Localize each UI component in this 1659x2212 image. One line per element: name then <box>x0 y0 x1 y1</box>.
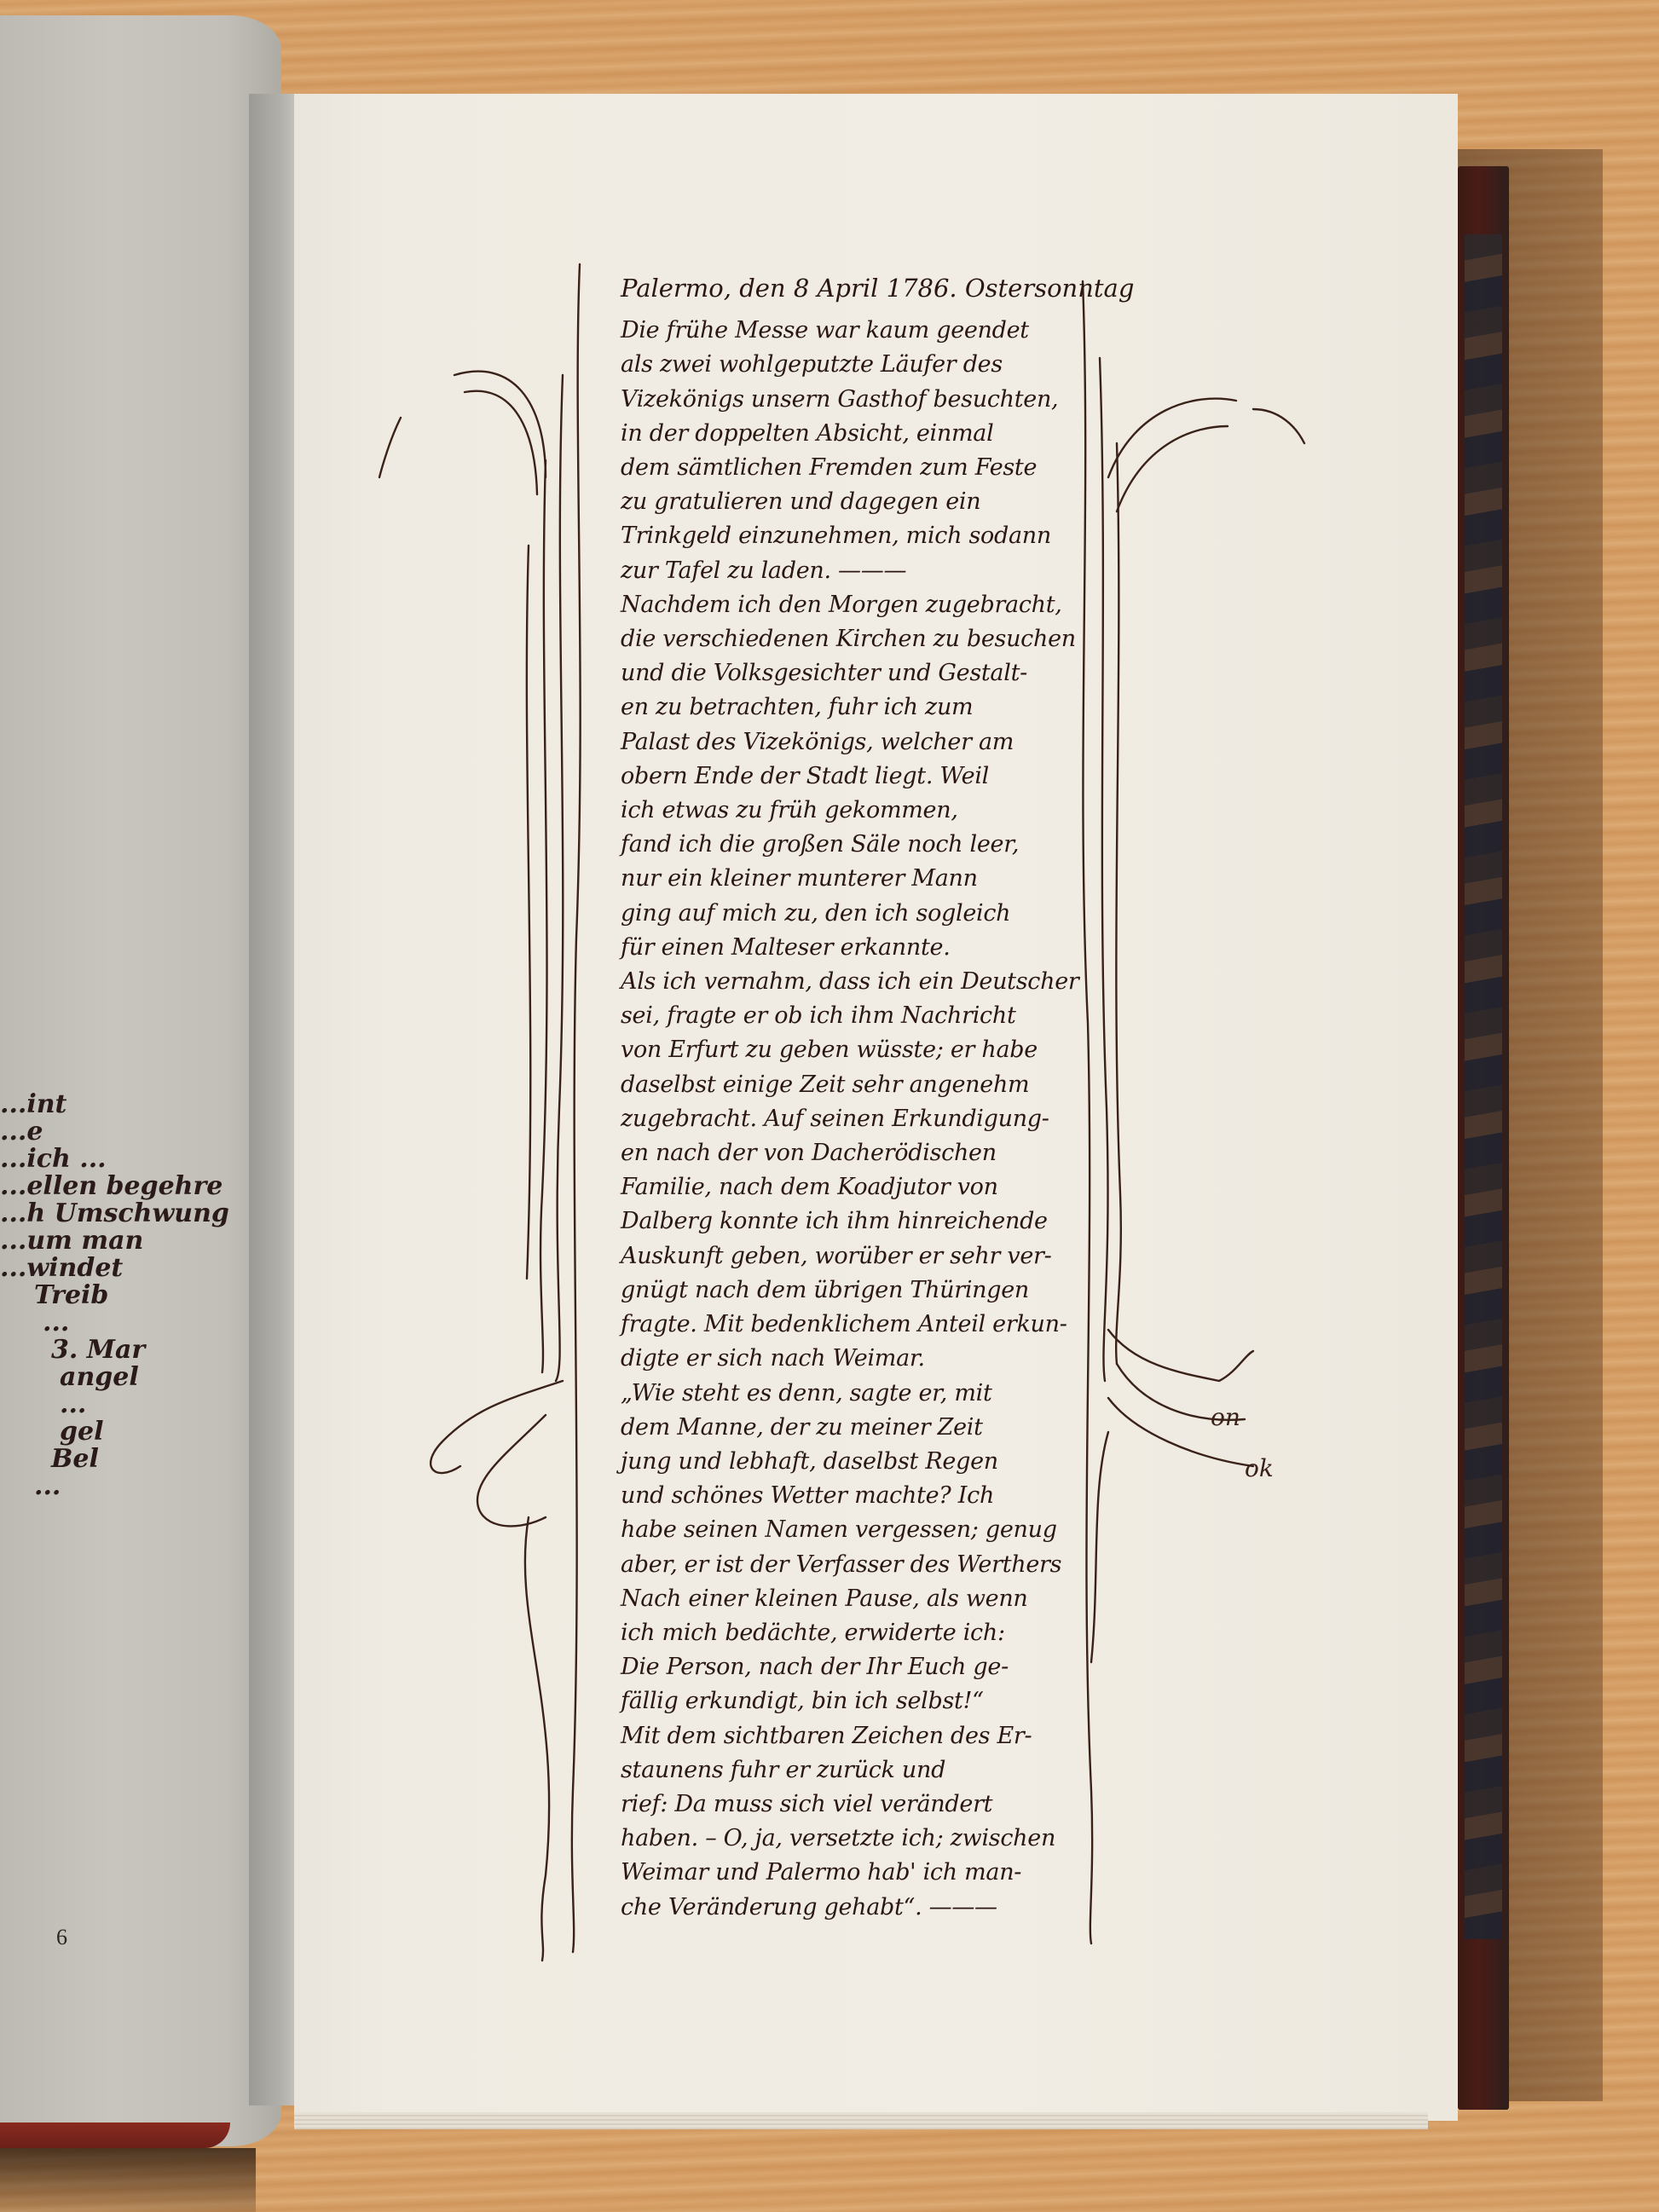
diary-line: „Wie steht es denn, sagte er, mit <box>621 1377 1081 1411</box>
diary-line: haben. – O, ja, versetzte ich; zwischen <box>621 1822 1081 1856</box>
handwriting-line: ...um man <box>0 1227 256 1255</box>
diary-line: digte er sich nach Weimar. <box>621 1342 1081 1376</box>
handwriting-line: ... <box>0 1309 256 1337</box>
diary-line: sei, fragte er ob ich ihm Nachricht <box>621 999 1081 1033</box>
handwriting-line: angel <box>0 1364 256 1391</box>
marbled-endpaper <box>1465 234 1502 1939</box>
handwriting-line: 3. Mar <box>0 1337 256 1364</box>
diary-line: als zwei wohlgeputzte Läufer des <box>621 348 1081 382</box>
diary-line: fand ich die großen Säle noch leer, <box>621 828 1081 862</box>
diary-line: Nach einer kleinen Pause, als wenn <box>621 1582 1081 1616</box>
diary-line: jung und lebhaft, daselbst Regen <box>621 1445 1081 1479</box>
diary-line: rief: Da muss sich viel verändert <box>621 1788 1081 1822</box>
diary-line: die verschiedenen Kirchen zu besuchen <box>621 622 1081 656</box>
handwriting-line: ... <box>0 1391 256 1418</box>
handwriting-line: ...h Umschwung <box>0 1200 256 1227</box>
diary-line: staunens fuhr er zurück und <box>621 1753 1081 1788</box>
diary-line: Mit dem sichtbaren Zeichen des Er- <box>621 1719 1081 1753</box>
handwriting-line: Bel <box>0 1446 256 1473</box>
diary-line: Vizekönigs unsern Gasthof besuchten, <box>621 383 1081 417</box>
diary-line: Dalberg konnte ich ihm hinreichende <box>621 1204 1081 1239</box>
book-shadow <box>0 2148 256 2212</box>
handwriting-line: ... <box>0 1473 256 1500</box>
diary-line: von Erfurt zu geben wüsste; er habe <box>621 1033 1081 1067</box>
book-gutter <box>249 94 300 2105</box>
handwritten-diary-text: Palermo, den 8 April 1786. Ostersonntag … <box>621 271 1081 1925</box>
diary-line: zur Tafel zu laden. ——— <box>621 554 1081 588</box>
handwriting-line: ...ellen begehre <box>0 1173 256 1200</box>
left-page <box>0 15 281 2146</box>
diary-line: und schönes Wetter machte? Ich <box>621 1479 1081 1513</box>
diary-line: nur ein kleiner munterer Mann <box>621 862 1081 896</box>
page-number: 6 <box>56 1925 67 1950</box>
handwriting-line: ...windet <box>0 1255 256 1282</box>
diary-line: en zu betrachten, fuhr ich zum <box>621 690 1081 725</box>
diary-line: Familie, nach dem Koadjutor von <box>621 1170 1081 1204</box>
diary-line: Die Person, nach der Ihr Euch ge- <box>621 1650 1081 1684</box>
diary-heading: Palermo, den 8 April 1786. Ostersonntag <box>621 271 1081 305</box>
diary-line: Weimar und Palermo hab' ich man- <box>621 1856 1081 1890</box>
diary-line: en nach der von Dacherödischen <box>621 1136 1081 1170</box>
book-cover-edge <box>1458 166 1509 2110</box>
handwriting-line: ...ich ... <box>0 1146 256 1173</box>
handwriting-line: gel <box>0 1418 256 1446</box>
diary-line: in der doppelten Absicht, einmal <box>621 417 1081 451</box>
diary-line: fällig erkundigt, bin ich selbst!“ <box>621 1684 1081 1718</box>
diary-line: daselbst einige Zeit sehr angenehm <box>621 1068 1081 1102</box>
handwriting-line: ...int <box>0 1091 256 1118</box>
diary-line: aber, er ist der Verfasser des Werthers <box>621 1548 1081 1582</box>
handwriting-line: Treib <box>0 1282 256 1309</box>
handwriting-line: ...e <box>0 1118 256 1146</box>
book-cover-bottom <box>0 2122 230 2148</box>
diary-line: che Veränderung gehabt“. ——— <box>621 1891 1081 1925</box>
diary-line: Palast des Vizekönigs, welcher am <box>621 725 1081 759</box>
diary-line: dem sämtlichen Fremden zum Feste <box>621 451 1081 485</box>
page-stack-edge <box>294 2112 1428 2129</box>
diary-line: fragte. Mit bedenklichem Anteil erkun- <box>621 1308 1081 1342</box>
diary-line: ging auf mich zu, den ich sogleich <box>621 897 1081 931</box>
diary-line: Nachdem ich den Morgen zugebracht, <box>621 588 1081 622</box>
diary-line: Auskunft geben, worüber er sehr ver- <box>621 1239 1081 1273</box>
diary-line: für einen Malteser erkannte. <box>621 931 1081 965</box>
diary-line: Trinkgeld einzunehmen, mich sodann <box>621 519 1081 553</box>
left-page-handwriting: ...int ...e ...ich ... ...ellen begehre … <box>0 1091 256 1534</box>
diary-line: und die Volksgesichter und Gestalt- <box>621 656 1081 690</box>
diary-line: gnügt nach dem übrigen Thüringen <box>621 1273 1081 1308</box>
diary-line: habe seinen Namen vergessen; genug <box>621 1513 1081 1547</box>
diary-line: ich etwas zu früh gekommen, <box>621 794 1081 828</box>
diary-line: zu gratulieren und dagegen ein <box>621 485 1081 519</box>
diary-line: Die frühe Messe war kaum geendet <box>621 314 1081 348</box>
diary-line: ich mich bedächte, erwiderte ich: <box>621 1616 1081 1650</box>
diary-line: zugebracht. Auf seinen Erkundigung- <box>621 1102 1081 1136</box>
diary-line: obern Ende der Stadt liegt. Weil <box>621 759 1081 794</box>
diary-line: dem Manne, der zu meiner Zeit <box>621 1411 1081 1445</box>
diary-line: Als ich vernahm, dass ich ein Deutscher <box>621 965 1081 999</box>
